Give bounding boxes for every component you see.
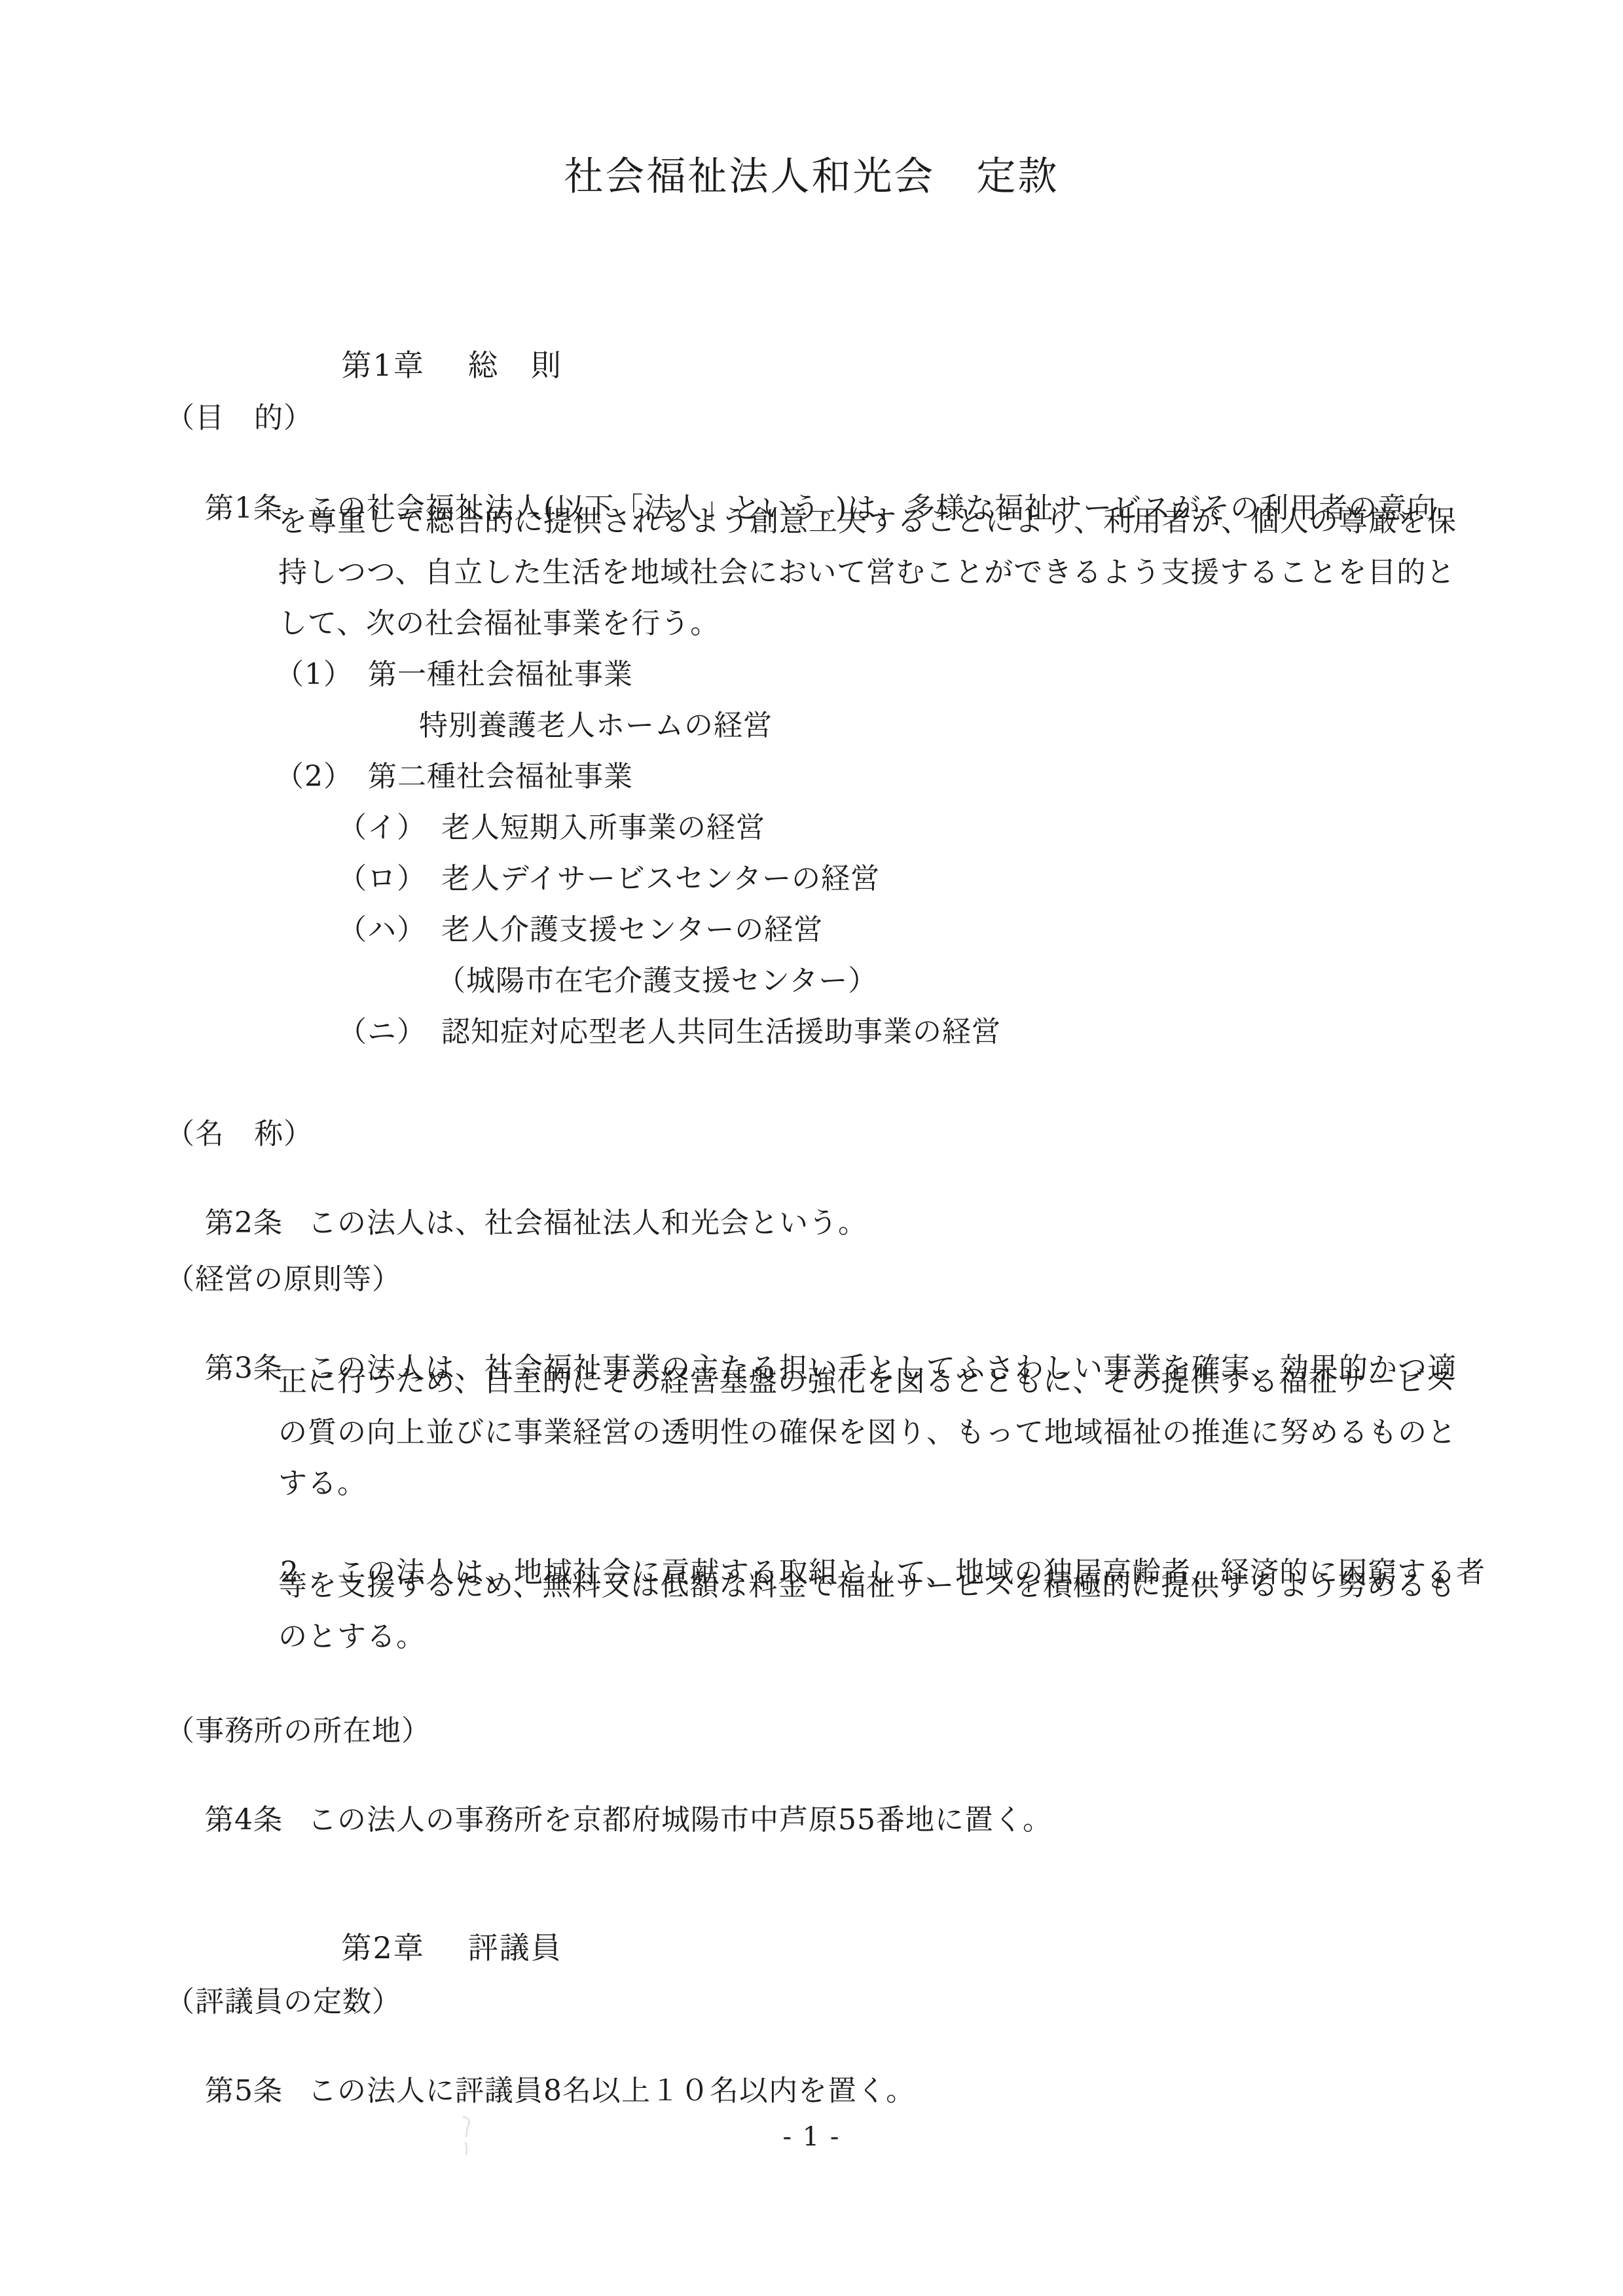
chapter-1-number: 第1章 [342, 348, 425, 383]
article-1-item-2-ni: （ニ） 認知症対応型老人共同生活援助事業の経営 [338, 1013, 1001, 1051]
article-1-line-2: を尊重して総合的に提供されるよう創意工夫することにより、利用者が、個人の尊厳を保 [278, 503, 1457, 541]
article-4-line-1: 第4条この法人の事務所を京都府城陽市中芦原55番地に置く。 [166, 1763, 1052, 1877]
chapter-1-title: 総 則 [468, 348, 562, 383]
document-page: 社会福祉法人和光会 定款 第1章総 則 （目 的） 第1条この社会福祉法人(以下… [0, 0, 1623, 2296]
article-1-item-2-i: （イ） 老人短期入所事業の経営 [338, 809, 765, 847]
scan-smudge-artifact [458, 2113, 478, 2159]
document-title: 社会福祉法人和光会 定款 [564, 152, 1059, 201]
article-1-number: 第1条 [205, 492, 283, 525]
article-1-item-2-ro: （ロ） 老人デイサービスセンターの経営 [338, 860, 880, 898]
article-1-item-2: （2） 第二種社会福祉事業 [275, 758, 633, 796]
page-number: - 1 - [783, 2121, 841, 2153]
article-5-number: 第5条 [205, 2074, 283, 2108]
article-3-line-4: する。 [278, 1465, 367, 1503]
article-3-line-3: の質の向上並びに事業経営の透明性の確保を図り、もって地域福祉の推進に努めるものと [278, 1414, 1457, 1452]
article-1-line-3: 持しつつ、自立した生活を地域社会において営むことができるよう支援することを目的と [278, 554, 1455, 592]
article-5-text-1: この法人に評議員8名以上１０名以内を置く。 [308, 2074, 915, 2108]
chapter-2-title: 評議員 [468, 1930, 562, 1965]
article-3-number: 第3条 [205, 1352, 283, 1385]
article-3-line-2: 正に行うため、自主的にその経営基盤の強化を図るとともに、その提供する福祉サービス [278, 1363, 1455, 1401]
article-3-para-2-line-3: のとする。 [278, 1618, 426, 1656]
article-1-item-1: （1） 第一種社会福祉事業 [275, 656, 633, 694]
section-label-name: （名 称） [166, 1115, 313, 1153]
chapter-1-heading: 第1章総 則 [298, 306, 562, 424]
article-3-para-2-line-2: 等を支援するため、無料又は低額な料金で福祉サービスを積極的に提供するよう努めるも [278, 1567, 1455, 1605]
article-4-number: 第4条 [205, 1803, 283, 1837]
article-2-text-1: この法人は、社会福祉法人和光会という。 [308, 1206, 867, 1240]
article-1-item-2-ha-sub: （城陽市在宅介護支援センター） [437, 962, 877, 1000]
chapter-2-number: 第2章 [342, 1930, 425, 1965]
section-label-councillors: （評議員の定数） [166, 1983, 401, 2021]
article-4-text-1: この法人の事務所を京都府城陽市中芦原55番地に置く。 [308, 1803, 1052, 1837]
section-label-office: （事務所の所在地） [166, 1712, 431, 1750]
article-2-number: 第2条 [205, 1206, 283, 1240]
section-label-purpose: （目 的） [166, 399, 313, 437]
article-1-line-4: して、次の社会福祉事業を行う。 [278, 605, 720, 643]
article-1-item-2-ha: （ハ） 老人介護支援センターの経営 [338, 911, 823, 949]
section-label-principles: （経営の原則等） [166, 1261, 401, 1299]
article-1-item-1-sub: 特別養護老人ホームの経営 [419, 707, 773, 745]
